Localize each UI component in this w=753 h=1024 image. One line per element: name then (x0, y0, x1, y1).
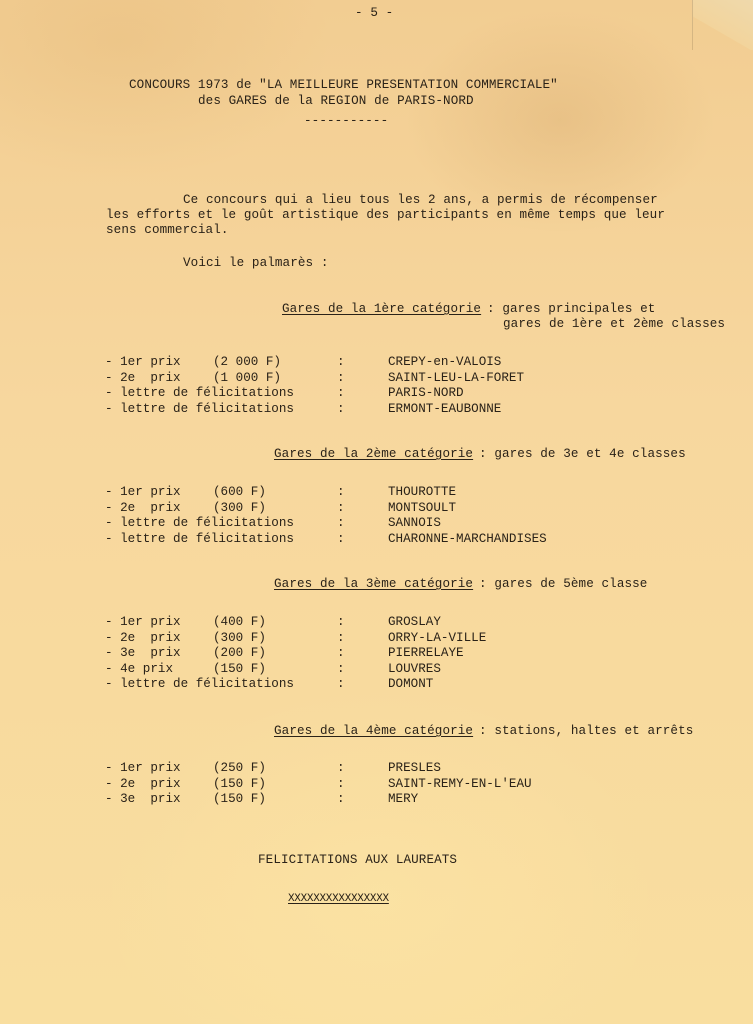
station-name: PIERRELAYE (388, 646, 464, 662)
station-name: DOMONT (388, 677, 433, 693)
station-name: GROSLAY (388, 615, 441, 631)
separator: : (337, 532, 345, 548)
end-mark: XXXXXXXXXXXXXXXX (288, 892, 389, 908)
separator: : (337, 355, 345, 371)
prize-amount: (300 F) (213, 631, 266, 647)
category-1-heading: Gares de la 1ère catégorie (282, 302, 481, 318)
separator: : (337, 777, 345, 793)
separator: : (337, 761, 345, 777)
prize-label: - 3e prix (105, 792, 181, 808)
prize-label: - lettre de félicitations (105, 402, 294, 418)
category-4-description: : stations, haltes et arrêts (479, 724, 693, 740)
station-name: THOUROTTE (388, 485, 456, 501)
palmares-intro: Voici le palmarès : (183, 256, 329, 272)
category-1-description: : gares principales et (487, 302, 655, 318)
separator: : (337, 646, 345, 662)
prize-label: - 1er prix (105, 615, 181, 631)
prize-amount: (150 F) (213, 792, 266, 808)
prize-amount: (1 000 F) (213, 371, 281, 387)
separator: : (337, 631, 345, 647)
prize-label: - 2e prix (105, 631, 181, 647)
prize-label: - lettre de félicitations (105, 532, 294, 548)
category-2-heading: Gares de la 2ème catégorie (274, 447, 473, 463)
title-line-2: des GARES de la REGION de PARIS-NORD (198, 94, 474, 110)
congratulations-line: FELICITATIONS AUX LAUREATS (258, 853, 457, 869)
prize-amount: (200 F) (213, 646, 266, 662)
category-3-heading: Gares de la 3ème catégorie (274, 577, 473, 593)
station-name: ERMONT-EAUBONNE (388, 402, 501, 418)
intro-line-1: Ce concours qui a lieu tous les 2 ans, a… (183, 193, 658, 209)
separator: : (337, 386, 345, 402)
prize-amount: (600 F) (213, 485, 266, 501)
prize-label: - 1er prix (105, 761, 181, 777)
station-name: ORRY-LA-VILLE (388, 631, 486, 647)
category-4-heading: Gares de la 4ème catégorie (274, 724, 473, 740)
category-3-description: : gares de 5ème classe (479, 577, 647, 593)
separator: : (337, 371, 345, 387)
prize-label: - 2e prix (105, 371, 181, 387)
page-number: - 5 - (355, 6, 393, 22)
separator: : (337, 677, 345, 693)
station-name: MONTSOULT (388, 501, 456, 517)
separator: : (337, 792, 345, 808)
separator: : (337, 402, 345, 418)
folded-page-corner (692, 0, 753, 50)
title-line-1: CONCOURS 1973 de "LA MEILLEURE PRESENTAT… (129, 78, 558, 94)
station-name: SANNOIS (388, 516, 441, 532)
separator: : (337, 516, 345, 532)
separator: : (337, 615, 345, 631)
prize-amount: (150 F) (213, 777, 266, 793)
station-name: SAINT-REMY-EN-L'EAU (388, 777, 532, 793)
prize-label: - lettre de félicitations (105, 386, 294, 402)
prize-amount: (250 F) (213, 761, 266, 777)
prize-label: - 2e prix (105, 777, 181, 793)
station-name: SAINT-LEU-LA-FORET (388, 371, 524, 387)
intro-line-2: les efforts et le goût artistique des pa… (106, 208, 665, 224)
separator: : (337, 662, 345, 678)
prize-label: - lettre de félicitations (105, 516, 294, 532)
station-name: PARIS-NORD (388, 386, 464, 402)
title-rule: ----------- (304, 114, 388, 130)
prize-amount: (2 000 F) (213, 355, 281, 371)
prize-label: - 4e prix (105, 662, 173, 678)
prize-label: - 1er prix (105, 355, 181, 371)
prize-label: - 1er prix (105, 485, 181, 501)
category-1-description-2: gares de 1ère et 2ème classes (503, 317, 725, 333)
station-name: LOUVRES (388, 662, 441, 678)
category-2-description: : gares de 3e et 4e classes (479, 447, 686, 463)
prize-label: - 2e prix (105, 501, 181, 517)
station-name: PRESLES (388, 761, 441, 777)
station-name: CHARONNE-MARCHANDISES (388, 532, 547, 548)
station-name: CREPY-en-VALOIS (388, 355, 501, 371)
prize-amount: (400 F) (213, 615, 266, 631)
prize-amount: (150 F) (213, 662, 266, 678)
prize-label: - lettre de félicitations (105, 677, 294, 693)
separator: : (337, 501, 345, 517)
intro-line-3: sens commercial. (106, 223, 229, 239)
station-name: MERY (388, 792, 418, 808)
separator: : (337, 485, 345, 501)
prize-amount: (300 F) (213, 501, 266, 517)
prize-label: - 3e prix (105, 646, 181, 662)
